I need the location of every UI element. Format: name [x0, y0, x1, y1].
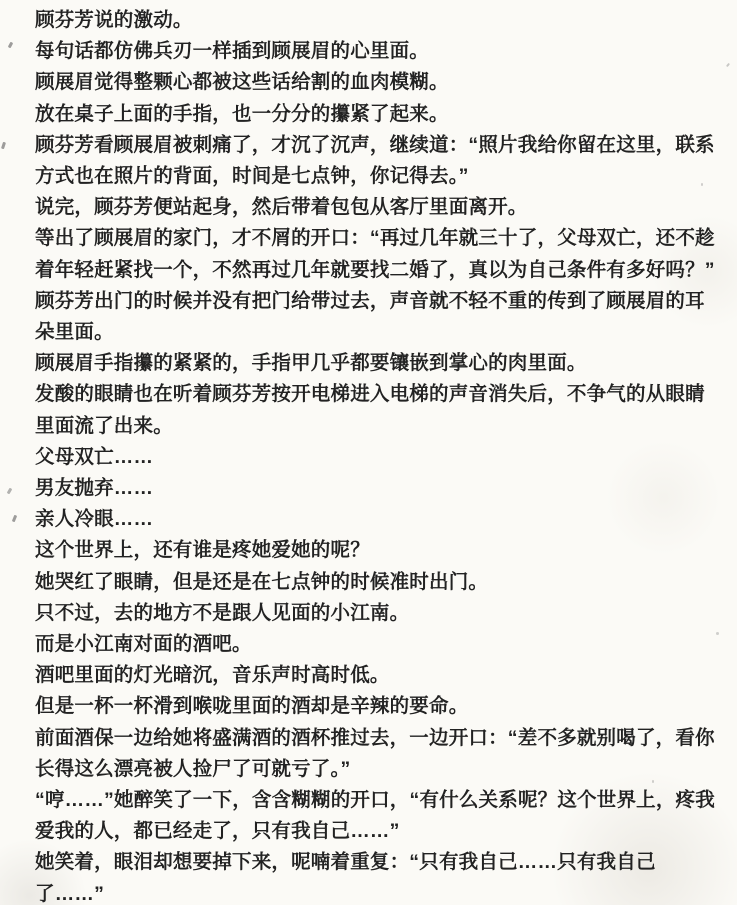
reader-page: 顾芬芳说的激动。每句话都仿佛兵刃一样插到顾展眉的心里面。顾展眉觉得整颗心都被这些…: [0, 0, 737, 905]
story-paragraph: 顾芬芳看顾展眉被刺痛了，才沉了沉声，继续道：“照片我给你留在这里，联系方式也在照…: [35, 130, 717, 192]
story-paragraph: 父母双亡……: [35, 442, 717, 473]
story-paragraph: 放在桌子上面的手指，也一分分的攥紧了起来。: [35, 99, 717, 130]
story-paragraph: 顾展眉手指攥的紧紧的，手指甲几乎都要镶嵌到掌心的肉里面。: [35, 348, 717, 379]
paper-speckle: [726, 63, 730, 67]
story-paragraph: 她笑着，眼泪却想要掉下来，呢喃着重复：“只有我自己……只有我自己了……”: [35, 847, 717, 905]
story-paragraph: 亲人冷眼……: [35, 504, 717, 535]
paper-speckle: [716, 632, 719, 635]
story-paragraph: “哼……”她醉笑了一下，含含糊糊的开口，“有什么关系呢？这个世界上，疼我爱我的人…: [35, 785, 717, 847]
story-paragraph: 说完，顾芬芳便站起身，然后带着包包从客厅里面离开。: [35, 192, 717, 223]
story-paragraph: 发酸的眼睛也在听着顾芬芳按开电梯进入电梯的声音消失后，不争气的从眼睛里面流了出来…: [35, 379, 717, 441]
story-paragraph: 等出了顾展眉的家门，才不屑的开口：“再过几年就三十了，父母双亡，还不趁着年轻赶紧…: [35, 223, 717, 285]
story-paragraph: 酒吧里面的灯光暗沉，音乐声时高时低。: [35, 660, 717, 691]
story-paragraph: 但是一杯一杯滑到喉咙里面的酒却是辛辣的要命。: [35, 691, 717, 722]
story-paragraph: 她哭红了眼睛，但是还是在七点钟的时候准时出门。: [35, 567, 717, 598]
story-paragraph: 只不过，去的地方不是跟人见面的小江南。: [35, 598, 717, 629]
story-paragraph: 前面酒保一边给她将盛满酒的酒杯推过去，一边开口：“差不多就别喝了，看你长得这么漂…: [35, 723, 717, 785]
paper-speckle: [652, 780, 654, 783]
story-paragraph: 男友抛弃……: [35, 473, 717, 504]
story-text: 顾芬芳说的激动。每句话都仿佛兵刃一样插到顾展眉的心里面。顾展眉觉得整颗心都被这些…: [0, 0, 717, 905]
story-paragraph: 顾芬芳出门的时候并没有把门给带过去，声音就不轻不重的传到了顾展眉的耳朵里面。: [35, 286, 717, 348]
story-paragraph: 顾展眉觉得整颗心都被这些话给割的血肉模糊。: [35, 67, 717, 98]
story-paragraph: 而是小江南对面的酒吧。: [35, 629, 717, 660]
story-paragraph: 这个世界上，还有谁是疼她爱她的呢？: [35, 535, 717, 566]
story-paragraph: 每句话都仿佛兵刃一样插到顾展眉的心里面。: [35, 36, 717, 67]
paper-speckle: [701, 183, 703, 186]
story-paragraph: 顾芬芳说的激动。: [35, 5, 717, 36]
